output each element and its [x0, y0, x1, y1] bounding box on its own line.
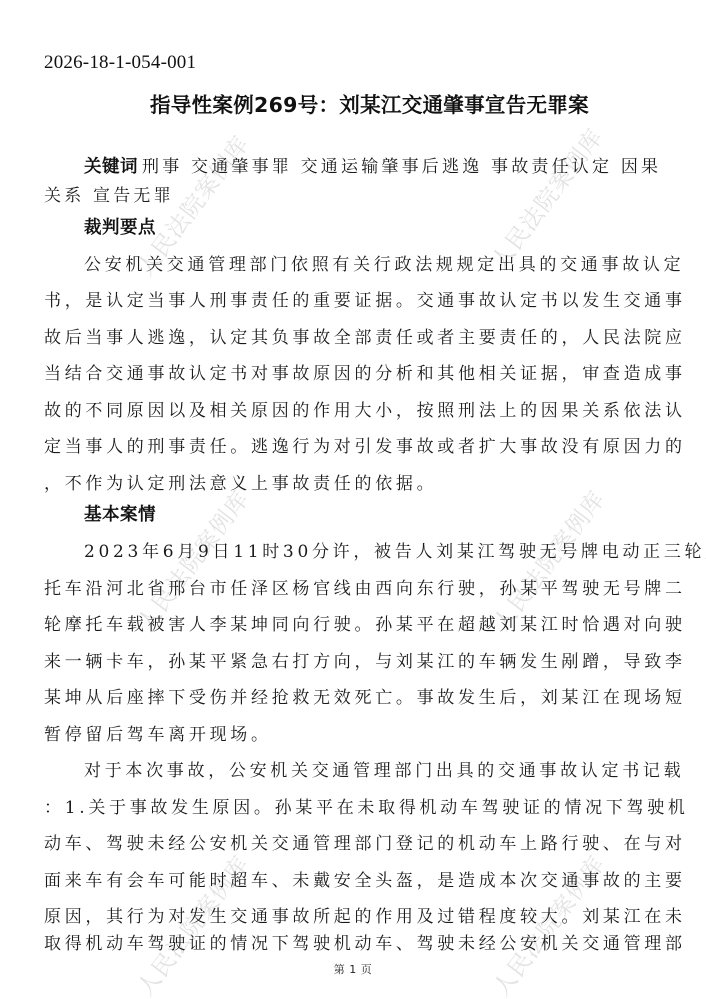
facts-line: 取得机动车驾驶证的情况下驾驶机动车、驾驶未经公安机关交通管理部 — [44, 932, 686, 956]
page-title: 指导性案例269号：刘某江交通肇事宣告无罪案 — [150, 88, 589, 118]
facts-line: 托车沿河北省邢台市任泽区杨官线由西向东行驶，孙某平驾驶无号牌二 — [44, 577, 686, 601]
facts-line: 动车、驾驶未经公安机关交通管理部门登记的机动车上路行驶、在与对 — [44, 832, 686, 856]
keywords-label: 关键词 — [84, 157, 138, 177]
facts-line: 面来车有会车可能时超车、未戴安全头盔，是造成本次交通事故的主要 — [44, 869, 686, 893]
page-number: 第 1 页 — [0, 961, 706, 977]
keywords-text: 刑事 交通肇事罪 交通运输肇事后逃逸 事故责任认定 因果 — [142, 157, 661, 177]
keywords-line-1: 关键词刑事 交通肇事罪 交通运输肇事后逃逸 事故责任认定 因果 — [84, 155, 661, 179]
facts-line: ：1.关于事故发生原因。孙某平在未取得机动车驾驶证的情况下驾驶机 — [44, 796, 689, 820]
facts-line: 某坤从后座摔下受伤并经抢救无效死亡。事故发生后，刘某江在现场短 — [44, 686, 686, 710]
key-points-line: 书，是认定当事人刑事责任的重要证据。交通事故认定书以发生交通事 — [44, 289, 686, 313]
section-heading-basic-facts: 基本案情 — [84, 503, 156, 527]
key-points-line: 故后当事人逃逸，认定其负事故全部责任或者主要责任的，人民法院应 — [44, 326, 686, 350]
case-number: 2026-18-1-054-001 — [44, 52, 196, 74]
facts-line: 暂停留后驾车离开现场。 — [44, 723, 272, 747]
section-heading-key-points: 裁判要点 — [84, 216, 156, 240]
facts-line: 对于本次事故，公安机关交通管理部门出具的交通事故认定书记载 — [84, 759, 684, 783]
facts-line: 来一辆卡车，孙某平紧急右打方向，与刘某江的车辆发生剐蹭，导致李 — [44, 650, 686, 674]
facts-line: 2023年6月9日11时30分许，被告人刘某江驾驶无号牌电动正三轮摩 — [84, 540, 706, 564]
document-page: 人民法院案例库 人民法院案例库 人民法院案例库 人民法院案例库 人民法院案例库 … — [0, 0, 706, 999]
key-points-line: 定当事人的刑事责任。逃逸行为对引发事故或者扩大事故没有原因力的 — [44, 435, 686, 459]
watermark: 人民法院案例库 — [482, 121, 609, 275]
key-points-line: 公安机关交通管理部门依照有关行政法规规定出具的交通事故认定 — [84, 253, 684, 277]
facts-line: 轮摩托车载被害人李某坤同向行驶。孙某平在超越刘某江时恰遇对向驶 — [44, 613, 686, 637]
key-points-line: 故的不同原因以及相关原因的作用大小，按照刑法上的因果关系依法认 — [44, 399, 686, 423]
key-points-line: ，不作为认定刑法意义上事故责任的依据。 — [44, 472, 437, 496]
key-points-line: 当结合交通事故认定书对事故原因的分析和其他相关证据，审查造成事 — [44, 362, 686, 386]
keywords-line-2: 关系 宣告无罪 — [44, 184, 174, 208]
facts-line: 原因，其行为对发生交通事故所起的作用及过错程度较大。刘某江在未 — [44, 905, 686, 929]
